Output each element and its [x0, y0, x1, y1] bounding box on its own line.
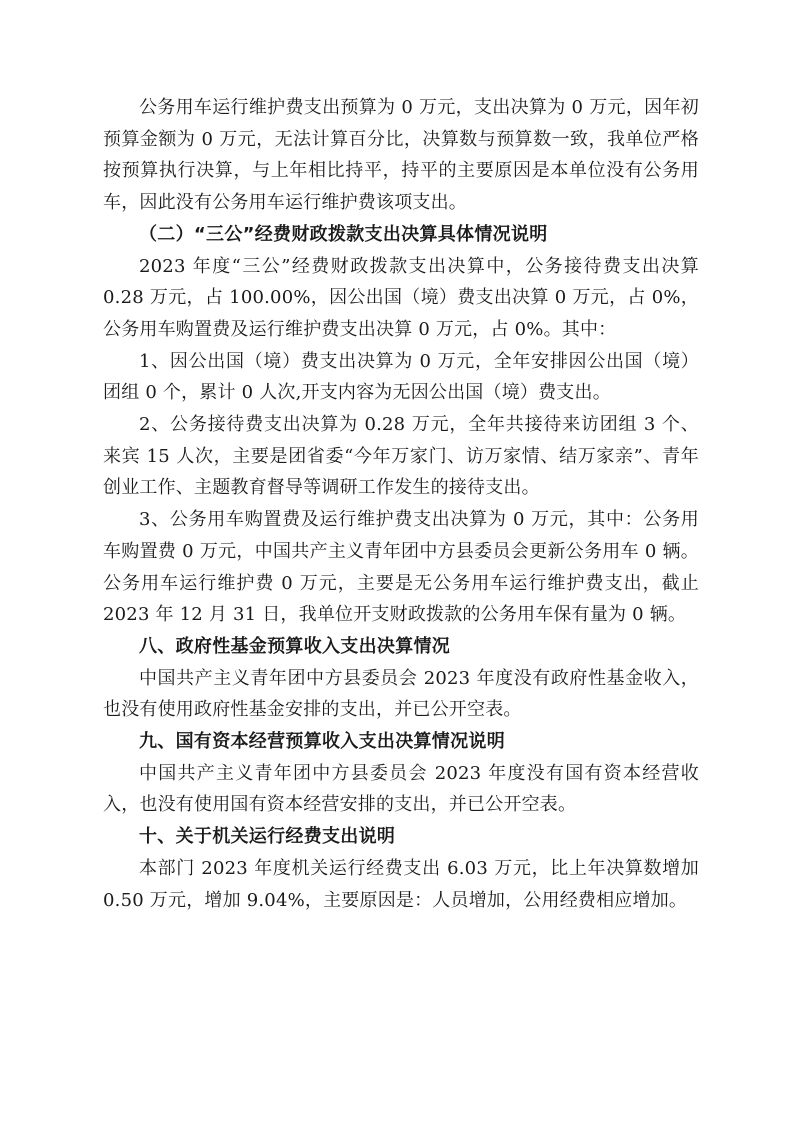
paragraph-vehicle-maintenance: 公务用车运行维护费支出预算为 0 万元，支出决算为 0 万元，因年初预算金额为 … [103, 92, 699, 219]
heading-three-public-expenses: （二）“三公”经费财政拨款支出决算具体情况说明 [103, 219, 699, 251]
paragraph-official-reception: 2、公务接待费支出决算为 0.28 万元，全年共接待来访团组 3 个、来宾 15… [103, 409, 699, 504]
paragraph-official-vehicles: 3、公务用车购置费及运行维护费支出决算为 0 万元，其中：公务用车购置费 0 万… [103, 504, 699, 631]
heading-government-fund: 八、政府性基金预算收入支出决算情况 [103, 631, 699, 663]
paragraph-operating-expenses: 本部门 2023 年度机关运行经费支出 6.03 万元，比上年决算数增加 0.5… [103, 853, 699, 916]
heading-operating-expenses: 十、关于机关运行经费支出说明 [103, 821, 699, 853]
heading-state-capital: 九、国有资本经营预算收入支出决算情况说明 [103, 726, 699, 758]
paragraph-state-capital: 中国共产主义青年团中方县委员会 2023 年度没有国有资本经营收入，也没有使用国… [103, 758, 699, 821]
paragraph-overseas-travel: 1、因公出国（境）费支出决算为 0 万元，全年安排因公出国（境）团组 0 个，累… [103, 346, 699, 409]
document-page: 公务用车运行维护费支出预算为 0 万元，支出决算为 0 万元，因年初预算金额为 … [103, 92, 699, 916]
paragraph-government-fund: 中国共产主义青年团中方县委员会 2023 年度没有政府性基金收入，也没有使用政府… [103, 663, 699, 726]
paragraph-three-public-summary: 2023 年度“三公”经费财政拨款支出决算中，公务接待费支出决算 0.28 万元… [103, 251, 699, 346]
